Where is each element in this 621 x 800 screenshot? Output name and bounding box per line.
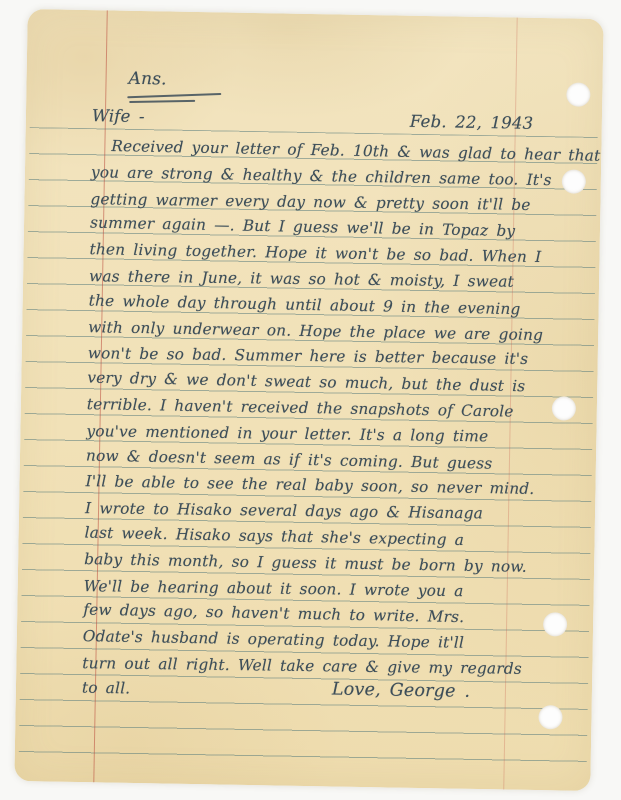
annotation-underline <box>129 100 195 103</box>
letter-body: Received your letter of Feb. 10th & was … <box>82 134 562 710</box>
punch-hole <box>566 82 590 106</box>
letter-date: Feb. 22, 1943 <box>410 112 534 133</box>
answered-annotation: Ans. <box>128 69 166 90</box>
salutation: Wife - <box>92 106 145 126</box>
punch-hole <box>562 169 586 193</box>
scan-background: Ans. Wife - Feb. 22, 1943 Received your … <box>0 0 621 800</box>
signature: Love, George . <box>332 676 471 704</box>
letter-paper: Ans. Wife - Feb. 22, 1943 Received your … <box>14 9 603 791</box>
annotation-underline <box>127 93 221 98</box>
